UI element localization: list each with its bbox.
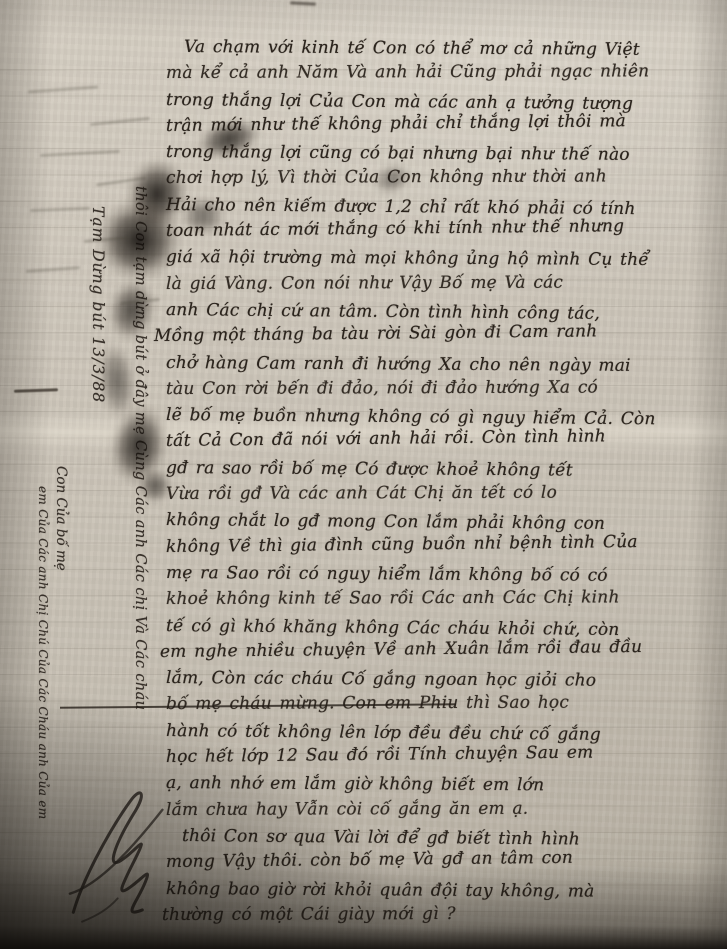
letter-line: khoẻ không kinh tế Sao rồi Các anh Các C… — [166, 584, 722, 612]
letter-line: học hết lớp 12 Sau đó rồi Tính chuyện Sa… — [166, 738, 722, 770]
ink-smudge — [180, 196, 226, 236]
letter-line: chơi hợp lý, Vì thời Của Con không như t… — [166, 164, 722, 192]
letter-line: là giá Vàng. Con nói như Vậy Bố mẹ Và cá… — [166, 269, 722, 297]
bleed-through-mark — [90, 117, 150, 126]
letter-line: không Về thì gia đình cũng buồn nhỉ bệnh… — [166, 528, 722, 560]
letter-line: tất Cả Con đã nói với anh hải rồi. Còn t… — [166, 423, 722, 455]
letter-line: lắm chưa hay Vẫn còi cố gắng ăn em ạ. — [166, 795, 722, 823]
letter-line: mà kể cả anh Năm Và anh hải Cũng phải ng… — [166, 58, 722, 86]
bleed-through-mark — [26, 266, 80, 273]
ink-blot — [138, 468, 172, 504]
handwritten-letter-photo: Va chạm với kinh tế Con có thể mơ cả nhữ… — [0, 0, 727, 949]
letter-body: Va chạm với kinh tế Con có thể mơ cả nhữ… — [166, 34, 722, 928]
letter-line: tàu Con rời bến đi đảo, nói đi đảo hướng… — [166, 374, 722, 402]
margin-note-relations: em Của Các anh Chị Chú Của Các Cháu anh … — [33, 486, 52, 819]
signature — [47, 760, 189, 945]
bleed-through-mark — [30, 207, 90, 212]
letter-line: em nghe nhiều chuyện Về anh Xuân lắm rồi… — [160, 633, 722, 665]
margin-note-sender: Con Của bố mẹ — [50, 466, 72, 571]
letter-line: toan nhát ác mới thắng có khi tính như t… — [166, 212, 722, 244]
bleed-through-mark — [28, 86, 98, 94]
letter-line: mong Vậy thôi. còn bố mẹ Và gđ an tâm co… — [166, 843, 722, 875]
bleed-through-mark — [40, 150, 120, 157]
margin-dash — [14, 388, 58, 392]
letter-line: Mồng một tháng ba tàu rời Sài gòn đi Cam… — [154, 317, 722, 349]
letter-line: thường có một Cái giày mới gì ? — [162, 900, 722, 928]
edge-mark — [290, 1, 316, 5]
letter-line: Vừa rồi gđ Và các anh Cát Chị ăn tết có … — [166, 479, 722, 507]
